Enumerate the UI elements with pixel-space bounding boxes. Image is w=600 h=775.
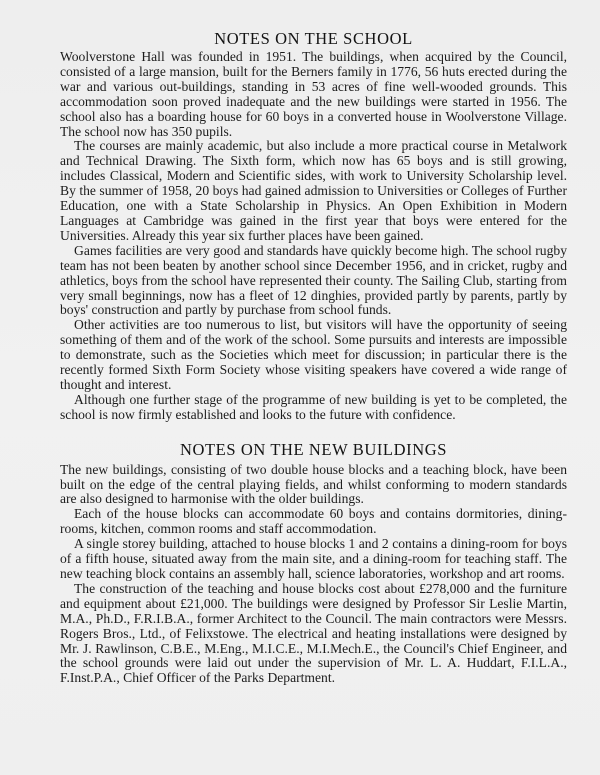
paragraph-single-storey: A single storey building, attached to ho… — [60, 537, 567, 582]
paragraph-courses: The courses are mainly academic, but als… — [60, 139, 567, 243]
page-content: NOTES ON THE SCHOOL Woolverstone Hall wa… — [60, 28, 567, 686]
document-page: NOTES ON THE SCHOOL Woolverstone Hall wa… — [0, 0, 600, 775]
paragraph-house-blocks: Each of the house blocks can accommodate… — [60, 507, 567, 537]
paragraph-construction: The construction of the teaching and hou… — [60, 582, 567, 686]
paragraph-future: Although one further stage of the progra… — [60, 393, 567, 423]
paragraph-games: Games facilities are very good and stand… — [60, 244, 567, 319]
section-heading-notes-on-new-buildings: NOTES ON THE NEW BUILDINGS — [60, 439, 567, 461]
paragraph-new-buildings: The new buildings, consisting of two dou… — [60, 463, 567, 508]
paragraph-activities: Other activities are too numerous to lis… — [60, 318, 567, 393]
paragraph-history: Woolverstone Hall was founded in 1951. T… — [60, 50, 567, 139]
section-heading-notes-on-the-school: NOTES ON THE SCHOOL — [60, 28, 567, 50]
